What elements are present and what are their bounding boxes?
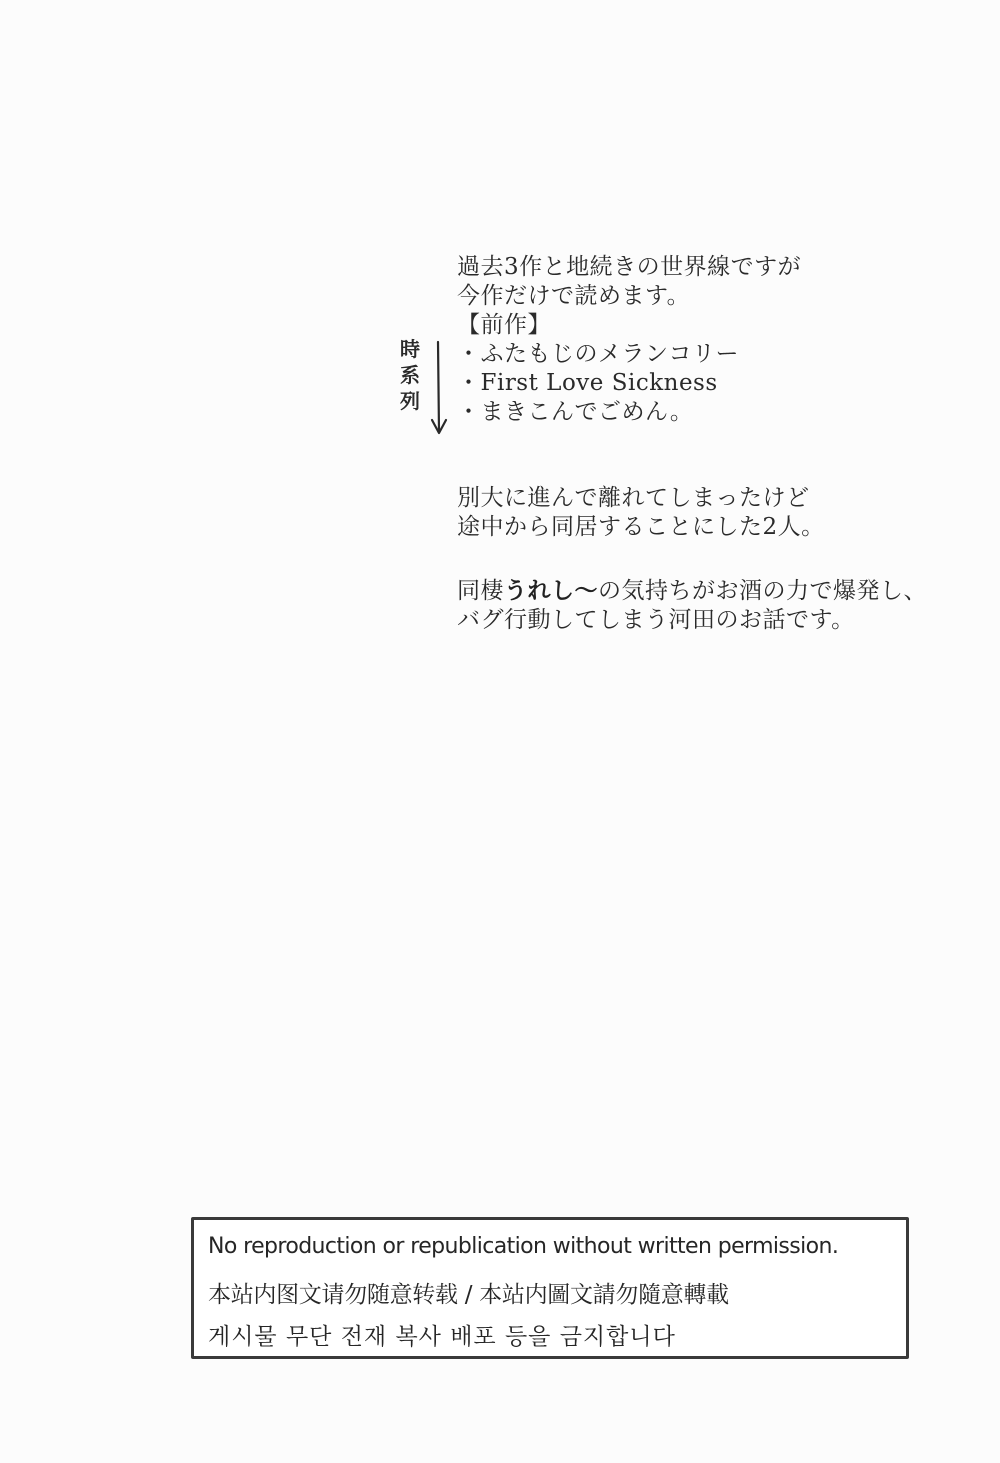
story-detail-line: 同棲うれし〜の気持ちがお酒の力で爆発し、: [457, 577, 927, 606]
timeline-label-char: 系: [396, 362, 424, 388]
notice-chinese: 本站内图文请勿随意转载 / 本站内圖文請勿隨意轉載: [208, 1276, 729, 1309]
previous-work-item: ・First Love Sickness: [457, 369, 801, 398]
timeline-label-char: 時: [396, 336, 424, 362]
story-line: 別大に進んで離れてしまったけど: [457, 484, 825, 513]
previous-works-heading: 【前作】: [457, 311, 801, 340]
intro-line: 過去3作と地続きの世界線ですが: [457, 253, 801, 282]
down-arrow-icon: [430, 340, 450, 436]
emphasis-text: うれし〜: [504, 578, 598, 604]
copyright-notice-box: No reproduction or republication without…: [191, 1217, 909, 1359]
previous-work-item: ・まきこんでごめん。: [457, 398, 801, 427]
timeline-label: 時 系 列: [396, 336, 424, 414]
story-text: 同棲: [457, 578, 504, 604]
story-line: 途中から同居することにした2人。: [457, 513, 825, 542]
timeline-label-char: 列: [396, 388, 424, 414]
story-text: の気持ちがお酒の力で爆発し、: [598, 578, 927, 604]
notice-korean: 게시물 무단 전재 복사 배포 등을 금지합니다: [208, 1318, 676, 1351]
notice-english: No reproduction or republication without…: [208, 1234, 838, 1259]
intro-line: 今作だけで読めます。: [457, 282, 801, 311]
story-detail-line: バグ行動してしまう河田のお話です。: [457, 606, 927, 635]
story-summary-block: 別大に進んで離れてしまったけど 途中から同居することにした2人。: [457, 484, 825, 542]
document-page: 過去3作と地続きの世界線ですが 今作だけで読めます。 【前作】 ・ふたもじのメラ…: [0, 0, 1000, 1463]
story-detail-block: 同棲うれし〜の気持ちがお酒の力で爆発し、 バグ行動してしまう河田のお話です。: [457, 577, 927, 635]
intro-text-block: 過去3作と地続きの世界線ですが 今作だけで読めます。 【前作】 ・ふたもじのメラ…: [457, 253, 801, 427]
previous-work-item: ・ふたもじのメランコリー: [457, 340, 801, 369]
